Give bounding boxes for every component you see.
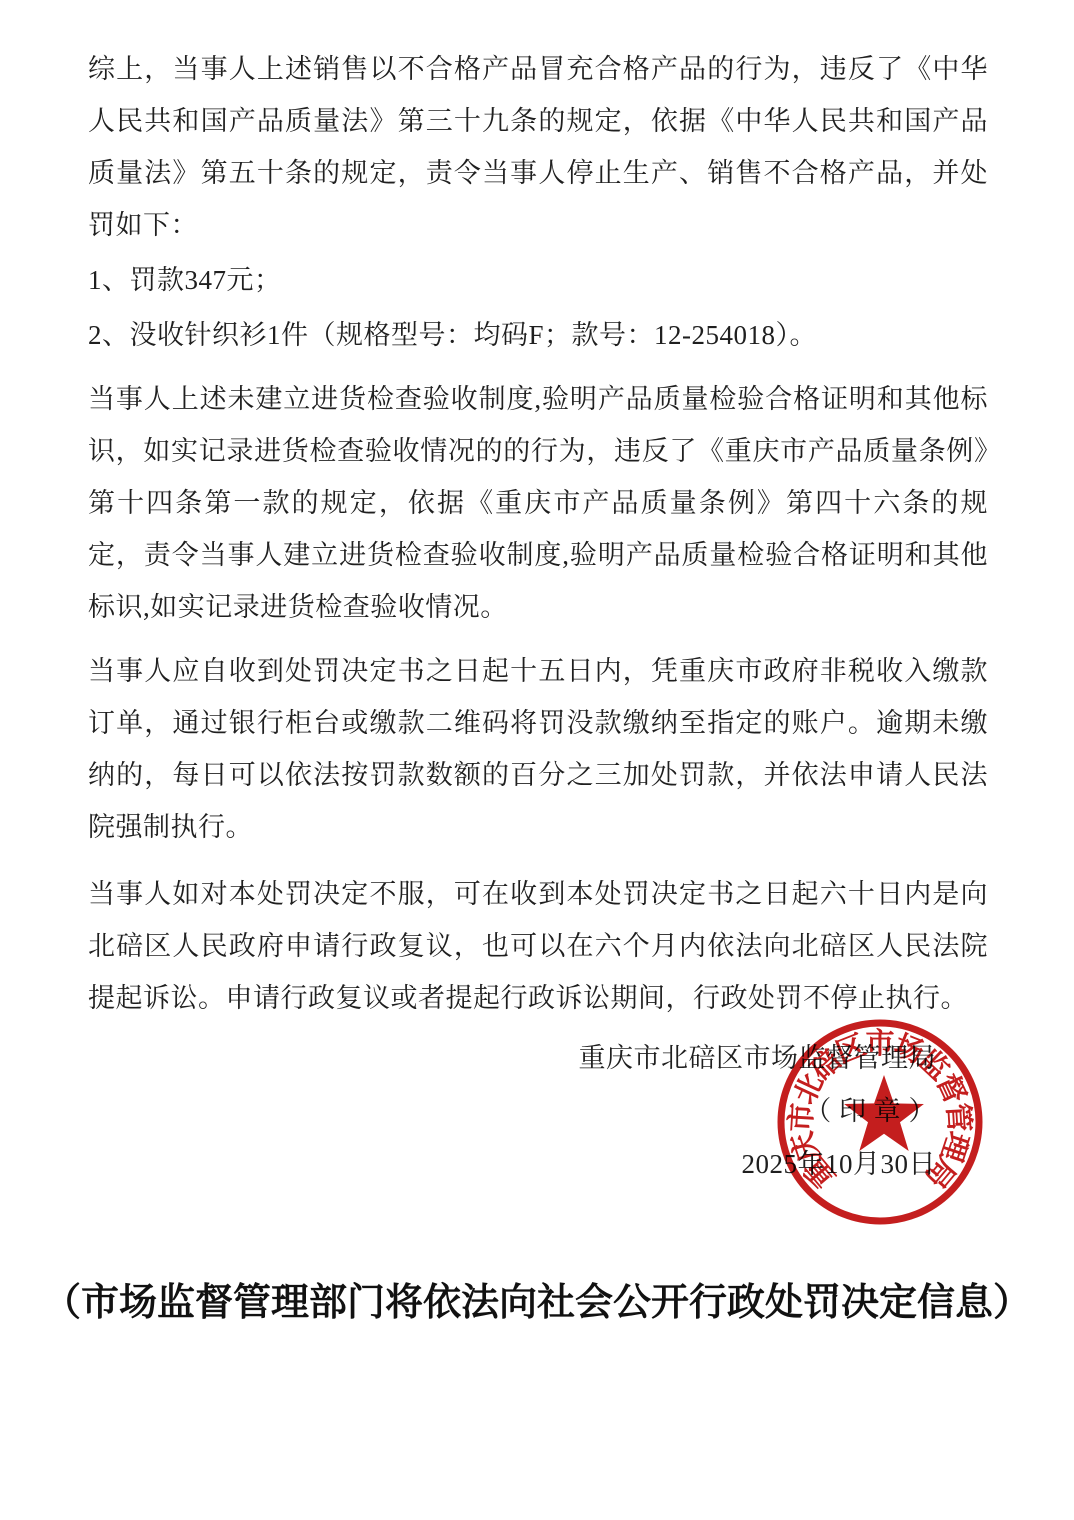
decision-date: 2025年10月30日 — [88, 1138, 936, 1191]
penalty-item-1: 1、罚款347元； — [88, 254, 988, 306]
signature-block: 重庆市北碚区市场监督管理局 （ 印 章 ） 2025年10月30日 — [88, 1032, 988, 1191]
seal-placeholder-note: （ 印 章 ） — [88, 1085, 936, 1138]
penalty-decision-page: 综上，当事人上述销售以不合格产品冒充合格产品的行为，违反了《中华人民共和国产品质… — [0, 0, 1074, 1520]
paragraph-inspection-order: 当事人上述未建立进货检查验收制度,验明产品质量检验合格证明和其他标识，如实记录进… — [88, 373, 988, 633]
paragraph-conclusion: 综上，当事人上述销售以不合格产品冒充合格产品的行为，违反了《中华人民共和国产品质… — [88, 43, 988, 251]
footer-notice: （市场监督管理部门将依法向社会公开行政处罚决定信息） — [0, 1277, 1074, 1329]
penalty-item-2: 2、没收针织衫1件（规格型号：均码F；款号：12-254018）。 — [88, 309, 988, 361]
paragraph-appeal-rights: 当事人如对本处罚决定不服，可在收到本处罚决定书之日起六十日内是向北碚区人民政府申… — [88, 868, 988, 1024]
document-body: 综上，当事人上述销售以不合格产品冒充合格产品的行为，违反了《中华人民共和国产品质… — [88, 0, 988, 1191]
issuing-authority: 重庆市北碚区市场监督管理局 — [88, 1032, 936, 1085]
paragraph-payment-instructions: 当事人应自收到处罚决定书之日起十五日内，凭重庆市政府非税收入缴款订单，通过银行柜… — [88, 645, 988, 853]
